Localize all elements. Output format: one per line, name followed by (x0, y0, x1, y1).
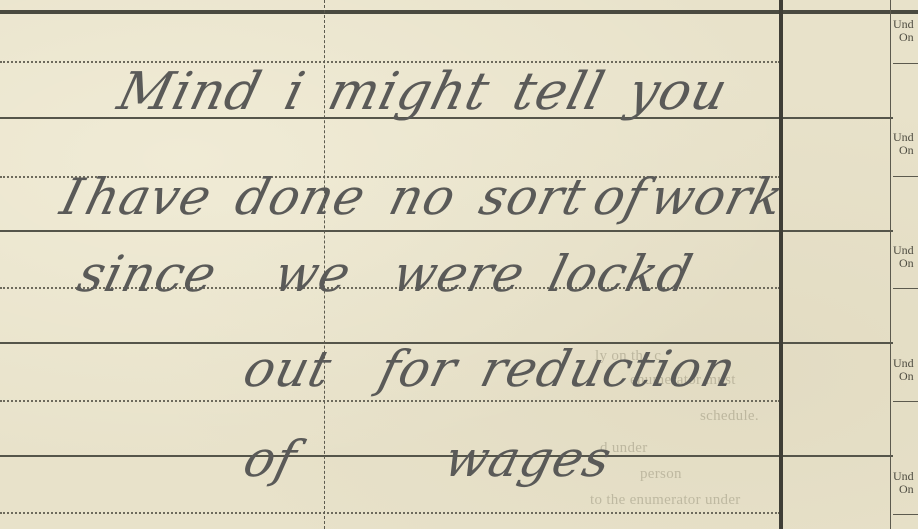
handwritten-line: ofwages (238, 430, 644, 488)
handwritten-line: Ihavedonenosortofwork (55, 168, 816, 226)
stub-rule (893, 514, 918, 515)
dotted-rule (0, 512, 780, 514)
stub-label: Und On (893, 18, 918, 44)
column-divider-right (890, 0, 891, 529)
stub-label: Und On (893, 244, 918, 270)
stub-rule (893, 401, 918, 402)
dotted-rule (0, 400, 780, 402)
stub-rule (893, 288, 918, 289)
bleed-through-text: to the enumerator under (590, 492, 741, 509)
bleed-through-text: person (640, 466, 682, 483)
document-page: Und On Und On Und On Und On Und On ly on… (0, 0, 918, 529)
handwritten-line: Mindimighttellyou (112, 62, 760, 122)
stub-rule (893, 176, 918, 177)
column-divider-thick (779, 0, 783, 529)
handwritten-line: outforreduction (238, 340, 768, 398)
row-rule (0, 230, 893, 232)
stub-label: Und On (893, 131, 918, 157)
stub-label: Und On (893, 357, 918, 383)
handwritten-line: sincewewerelockd (72, 245, 725, 303)
stub-rule (893, 63, 918, 64)
stub-label: Und On (893, 470, 918, 496)
bleed-through-text: schedule. (700, 408, 759, 425)
